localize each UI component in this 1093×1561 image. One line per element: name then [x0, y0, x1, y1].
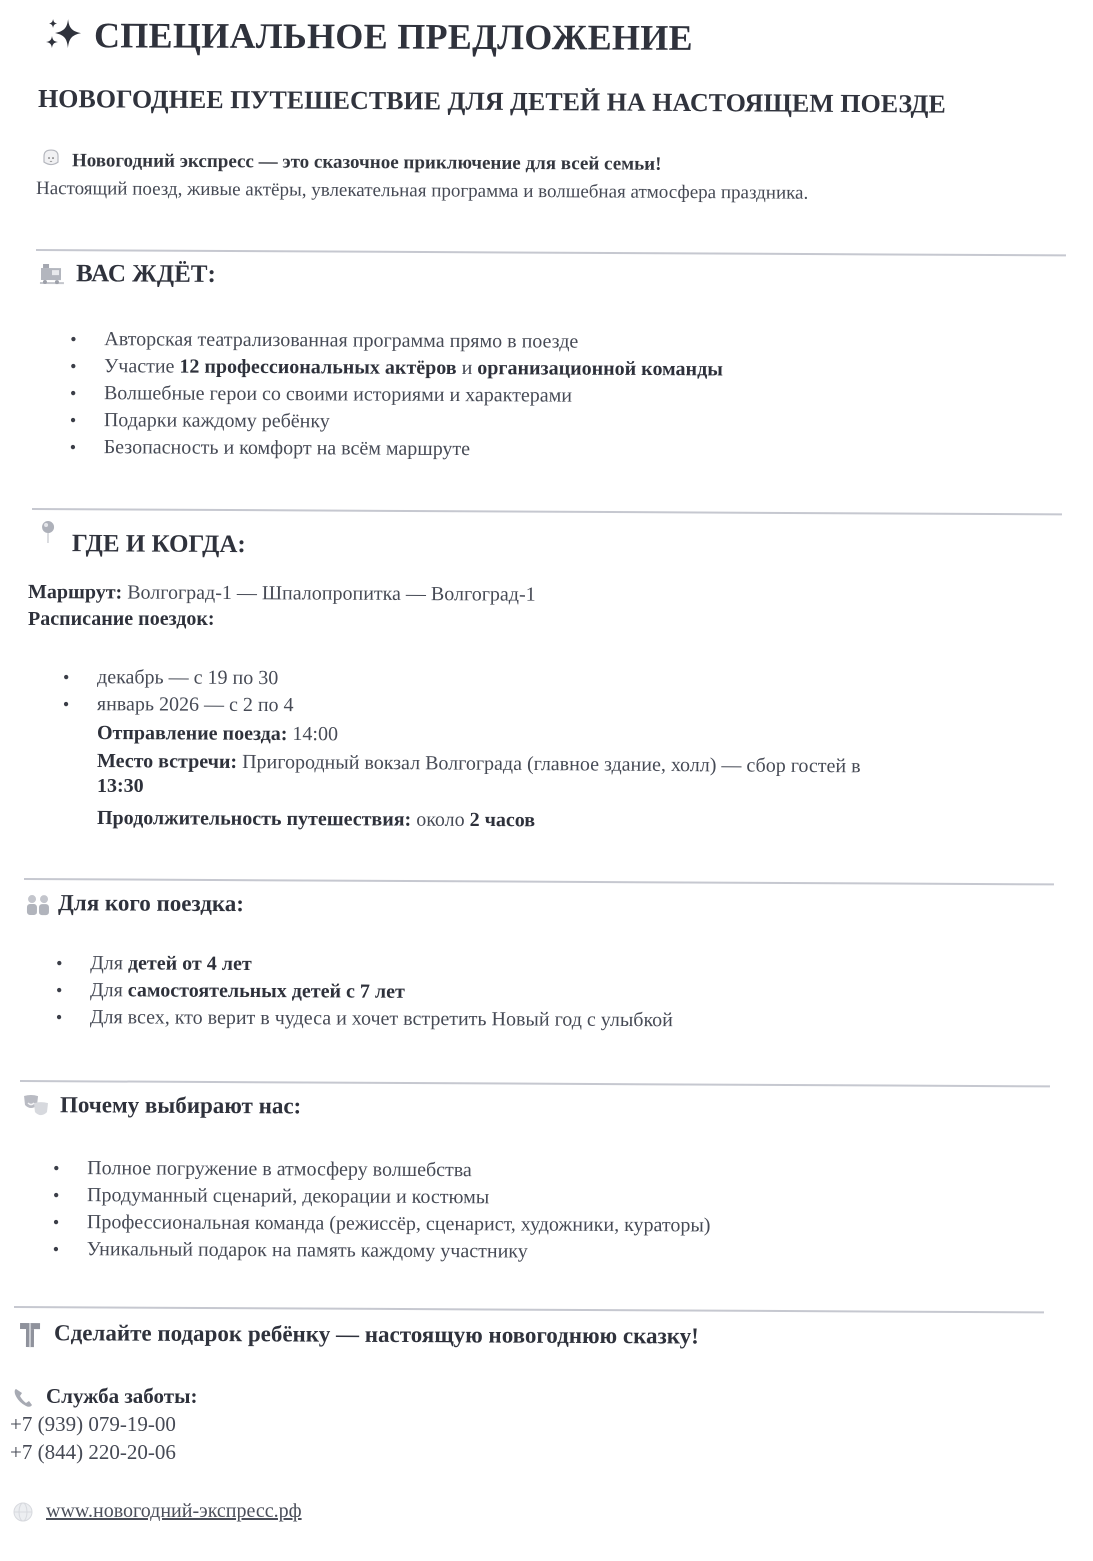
why-us-item: Полное погружение в атмосферу волшебства [53, 1155, 711, 1185]
item-text: Волшебные герои со своими историями и ха… [104, 382, 572, 406]
item-text: Продуманный сценарий, декорации и костюм… [87, 1184, 489, 1208]
audience-list: Для детей от 4 летДля самостоятельных де… [56, 950, 673, 1034]
item-text: и [457, 357, 478, 379]
pin-icon [38, 519, 58, 547]
globe-icon [12, 1501, 34, 1523]
item-text: Профессиональная команда (режиссёр, сцен… [87, 1211, 711, 1236]
schedule-list: декабрь — с 19 по 30январь 2026 — с 2 по… [63, 664, 294, 719]
awaits-item: Подарки каждому ребёнку [70, 407, 723, 437]
awaits-list: Авторская театрализованная программа пря… [70, 326, 723, 464]
phone-1[interactable]: +7 (939) 079-19-00 [10, 1412, 176, 1437]
audience-item: Для самостоятельных детей с 7 лет [56, 977, 673, 1007]
schedule-item: декабрь — с 19 по 30 [63, 664, 294, 692]
item-text: Участие [104, 355, 179, 377]
item-text: Подарки каждому ребёнку [104, 409, 330, 432]
gift-text: Сделайте подарок ребёнку — настоящую нов… [54, 1320, 699, 1348]
departure-value: 14:00 [287, 723, 338, 745]
section-awaits-title: ВАС ЖДЁТ: [38, 260, 216, 289]
divider [24, 878, 1054, 885]
theater-masks-icon [22, 1094, 50, 1120]
route-label: Маршрут: [28, 581, 122, 603]
section-why-us-label: Почему выбирают нас: [60, 1092, 301, 1118]
section-where-when-label: ГДЕ И КОГДА: [72, 530, 246, 558]
item-text: январь 2026 — с 2 по 4 [97, 693, 294, 716]
audience-item: Для всех, кто верит в чудеса и хочет вст… [56, 1004, 673, 1034]
section-audience-title: Для кого поездка: [24, 890, 244, 918]
route-value: Волгоград-1 — Шпалопропитка — Волгоград-… [122, 581, 536, 605]
item-text: Уникальный подарок на память каждому уча… [87, 1238, 528, 1262]
meeting-value: Пригородный вокзал Волгограда (главное з… [237, 751, 861, 777]
item-text: Авторская театрализованная программа пря… [104, 328, 578, 352]
departure-label: Отправление поезда: [97, 722, 288, 745]
website-line: www.новогодний-экспресс.рф [12, 1500, 302, 1523]
intro-bold-text: Новогодний экспресс — это сказочное прик… [72, 150, 662, 175]
why-us-item: Уникальный подарок на память каждому уча… [53, 1236, 711, 1266]
awaits-item: Безопасность и комфорт на всём маршруте [70, 434, 723, 464]
title-text: СПЕЦИАЛЬНОЕ ПРЕДЛОЖЕНИЕ [94, 15, 693, 58]
section-awaits-label: ВАС ЖДЁТ: [76, 260, 216, 288]
support-heading: Служба заботы: [12, 1384, 197, 1409]
departure-line: Отправление поезда: 14:00 [97, 722, 338, 746]
meeting-line: Место встречи: Пригородный вокзал Волгог… [97, 750, 861, 778]
why-us-list: Полное погружение в атмосферу волшебства… [53, 1155, 711, 1266]
meeting-label: Место встречи: [97, 750, 237, 773]
emphasis-text: детей от 4 лет [128, 952, 252, 975]
intro-headline: Новогодний экспресс — это сказочное прик… [40, 148, 662, 176]
route-line: Маршрут: Волгоград-1 — Шпалопропитка — В… [28, 581, 536, 607]
divider [20, 1080, 1050, 1087]
gift-headline: Сделайте подарок ребёнку — настоящую нов… [18, 1320, 699, 1352]
schedule-label-line: Расписание поездок: [28, 608, 215, 631]
meeting-time-line: 13:30 [97, 775, 144, 798]
emphasis-text: 12 профессиональных актёров [179, 356, 456, 379]
item-text: декабрь — с 19 по 30 [97, 666, 278, 689]
duration-label: Продолжительность путешествия: [97, 807, 411, 831]
sparkles-icon [44, 17, 84, 51]
awaits-item: Волшебные герои со своими историями и ха… [70, 380, 723, 410]
intro-description: Настоящий поезд, живые актёры, увлекател… [36, 178, 808, 205]
children-icon [24, 893, 52, 917]
emphasis-text: самостоятельных детей с 7 лет [128, 979, 405, 1002]
train-icon [38, 262, 68, 288]
why-us-item: Профессиональная команда (режиссёр, сцен… [53, 1209, 711, 1239]
divider [14, 1306, 1044, 1313]
website-link[interactable]: www.новогодний-экспресс.рф [46, 1500, 302, 1522]
section-why-us-title: Почему выбирают нас: [22, 1092, 301, 1121]
santa-face-icon [40, 148, 62, 168]
divider [32, 508, 1062, 515]
duration-line: Продолжительность путешествия: около 2 ч… [97, 807, 535, 832]
item-text: Безопасность и комфорт на всём маршруте [104, 436, 470, 460]
page-title: СПЕЦИАЛЬНОЕ ПРЕДЛОЖЕНИЕ [44, 14, 693, 59]
section-audience-label: Для кого поездка: [58, 890, 244, 916]
meeting-time: 13:30 [97, 775, 144, 797]
item-text: Для [90, 952, 128, 974]
flyer-page: СПЕЦИАЛЬНОЕ ПРЕДЛОЖЕНИЕ НОВОГОДНЕЕ ПУТЕШ… [0, 0, 1093, 1561]
item-text: Для всех, кто верит в чудеса и хочет вст… [90, 1006, 673, 1031]
schedule-item: январь 2026 — с 2 по 4 [63, 691, 294, 719]
divider [36, 249, 1066, 256]
phone-2[interactable]: +7 (844) 220-20-06 [10, 1440, 176, 1465]
section-where-when-title: ГДЕ И КОГДА: [38, 519, 246, 559]
awaits-item: Участие 12 профессиональных актёров и ор… [70, 353, 723, 383]
support-label: Служба заботы: [46, 1384, 197, 1408]
emphasis-text: организационной команды [477, 357, 723, 380]
audience-item: Для детей от 4 лет [56, 950, 673, 980]
schedule-label: Расписание поездок: [28, 608, 215, 630]
gift-icon [18, 1321, 42, 1349]
duration-value: 2 часов [470, 809, 536, 831]
why-us-item: Продуманный сценарий, декорации и костюм… [53, 1182, 711, 1212]
item-text: Для [90, 979, 128, 1001]
phone-icon [12, 1387, 36, 1409]
awaits-item: Авторская театрализованная программа пря… [70, 326, 723, 356]
page-subtitle: НОВОГОДНЕЕ ПУТЕШЕСТВИЕ ДЛЯ ДЕТЕЙ НА НАСТ… [38, 84, 946, 120]
item-text: Полное погружение в атмосферу волшебства [87, 1157, 472, 1181]
duration-pre: около [411, 809, 470, 831]
